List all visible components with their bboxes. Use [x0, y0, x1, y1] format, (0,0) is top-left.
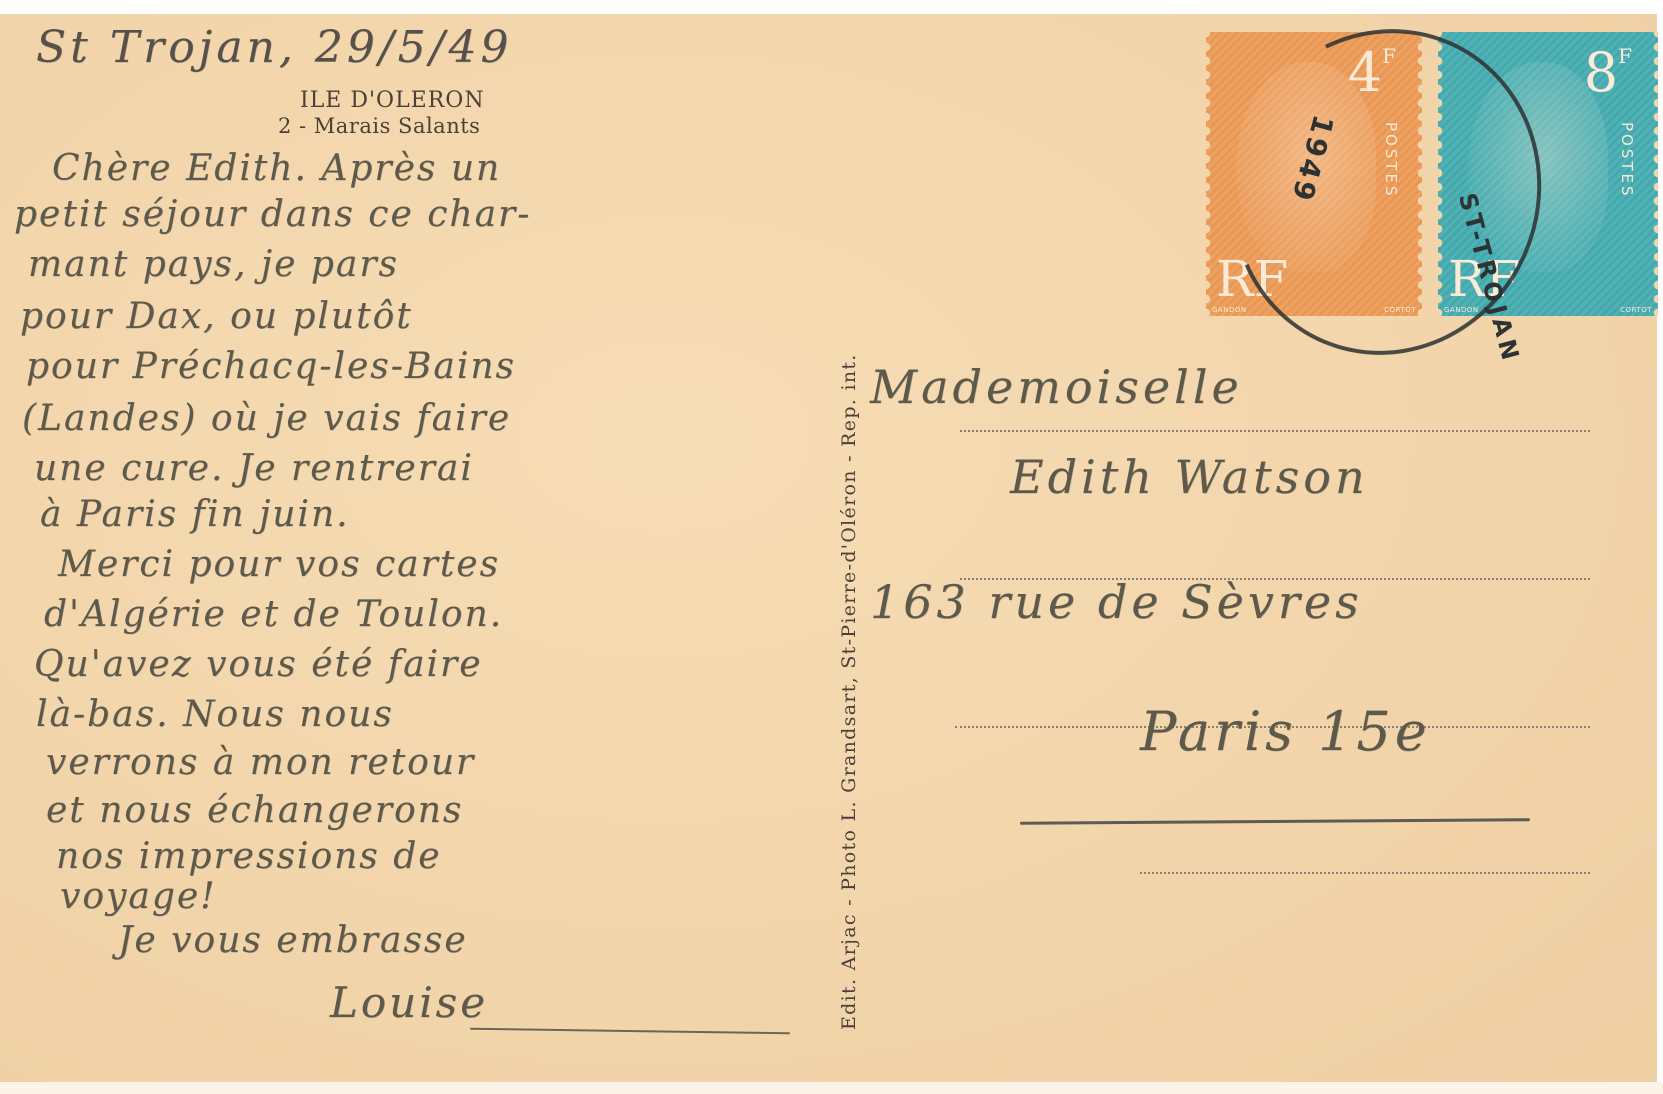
place-date: St Trojan, 29/5/49	[36, 22, 513, 73]
message-line: Qu'avez vous été faire	[34, 644, 483, 685]
message-line: Merci pour vos cartes	[58, 544, 500, 585]
message-line: une cure. Je rentrerai	[34, 448, 474, 489]
postcard: ILE D'OLERON 2 - Marais Salants Edit. Ar…	[0, 0, 1663, 1094]
stamp-value: 8F	[1584, 46, 1632, 100]
address-dotted-line	[1140, 872, 1590, 874]
address-street: 163 rue de Sèvres	[870, 575, 1363, 629]
address-underline	[1020, 818, 1530, 825]
message-closing: Je vous embrasse	[118, 920, 468, 961]
message-line: pour Dax, ou plutôt	[20, 296, 413, 337]
message-line: pour Préchacq-les-Bains	[26, 346, 516, 387]
signature: Louise	[330, 978, 488, 1027]
printed-subtitle: 2 - Marais Salants	[278, 114, 480, 138]
message-line: verrons à mon retour	[46, 742, 475, 783]
stamp-label: POSTES	[1618, 122, 1636, 199]
message-line: petit séjour dans ce char-	[14, 194, 531, 235]
message-line: nos impressions de	[56, 836, 442, 877]
message-line: mant pays, je pars	[28, 244, 399, 285]
signature-flourish	[470, 1028, 790, 1034]
publisher-credit: Edit. Arjac - Photo L. Grandsart, St-Pie…	[838, 353, 860, 1030]
address-name: Edith Watson	[1010, 450, 1369, 504]
message-line: voyage!	[60, 876, 217, 917]
printed-title: ILE D'OLERON	[300, 88, 485, 113]
address-city: Paris 15e	[1140, 700, 1431, 763]
address-dotted-line	[960, 430, 1590, 432]
message-line: Chère Edith. Après un	[52, 148, 501, 189]
message-line: à Paris fin juin.	[40, 494, 350, 535]
address-title: Mademoiselle	[870, 360, 1243, 414]
message-line: d'Algérie et de Toulon.	[44, 594, 503, 635]
message-line: (Landes) où je vais faire	[22, 398, 511, 439]
message-line: et nous échangerons	[46, 790, 463, 831]
message-line: là-bas. Nous nous	[36, 694, 394, 735]
